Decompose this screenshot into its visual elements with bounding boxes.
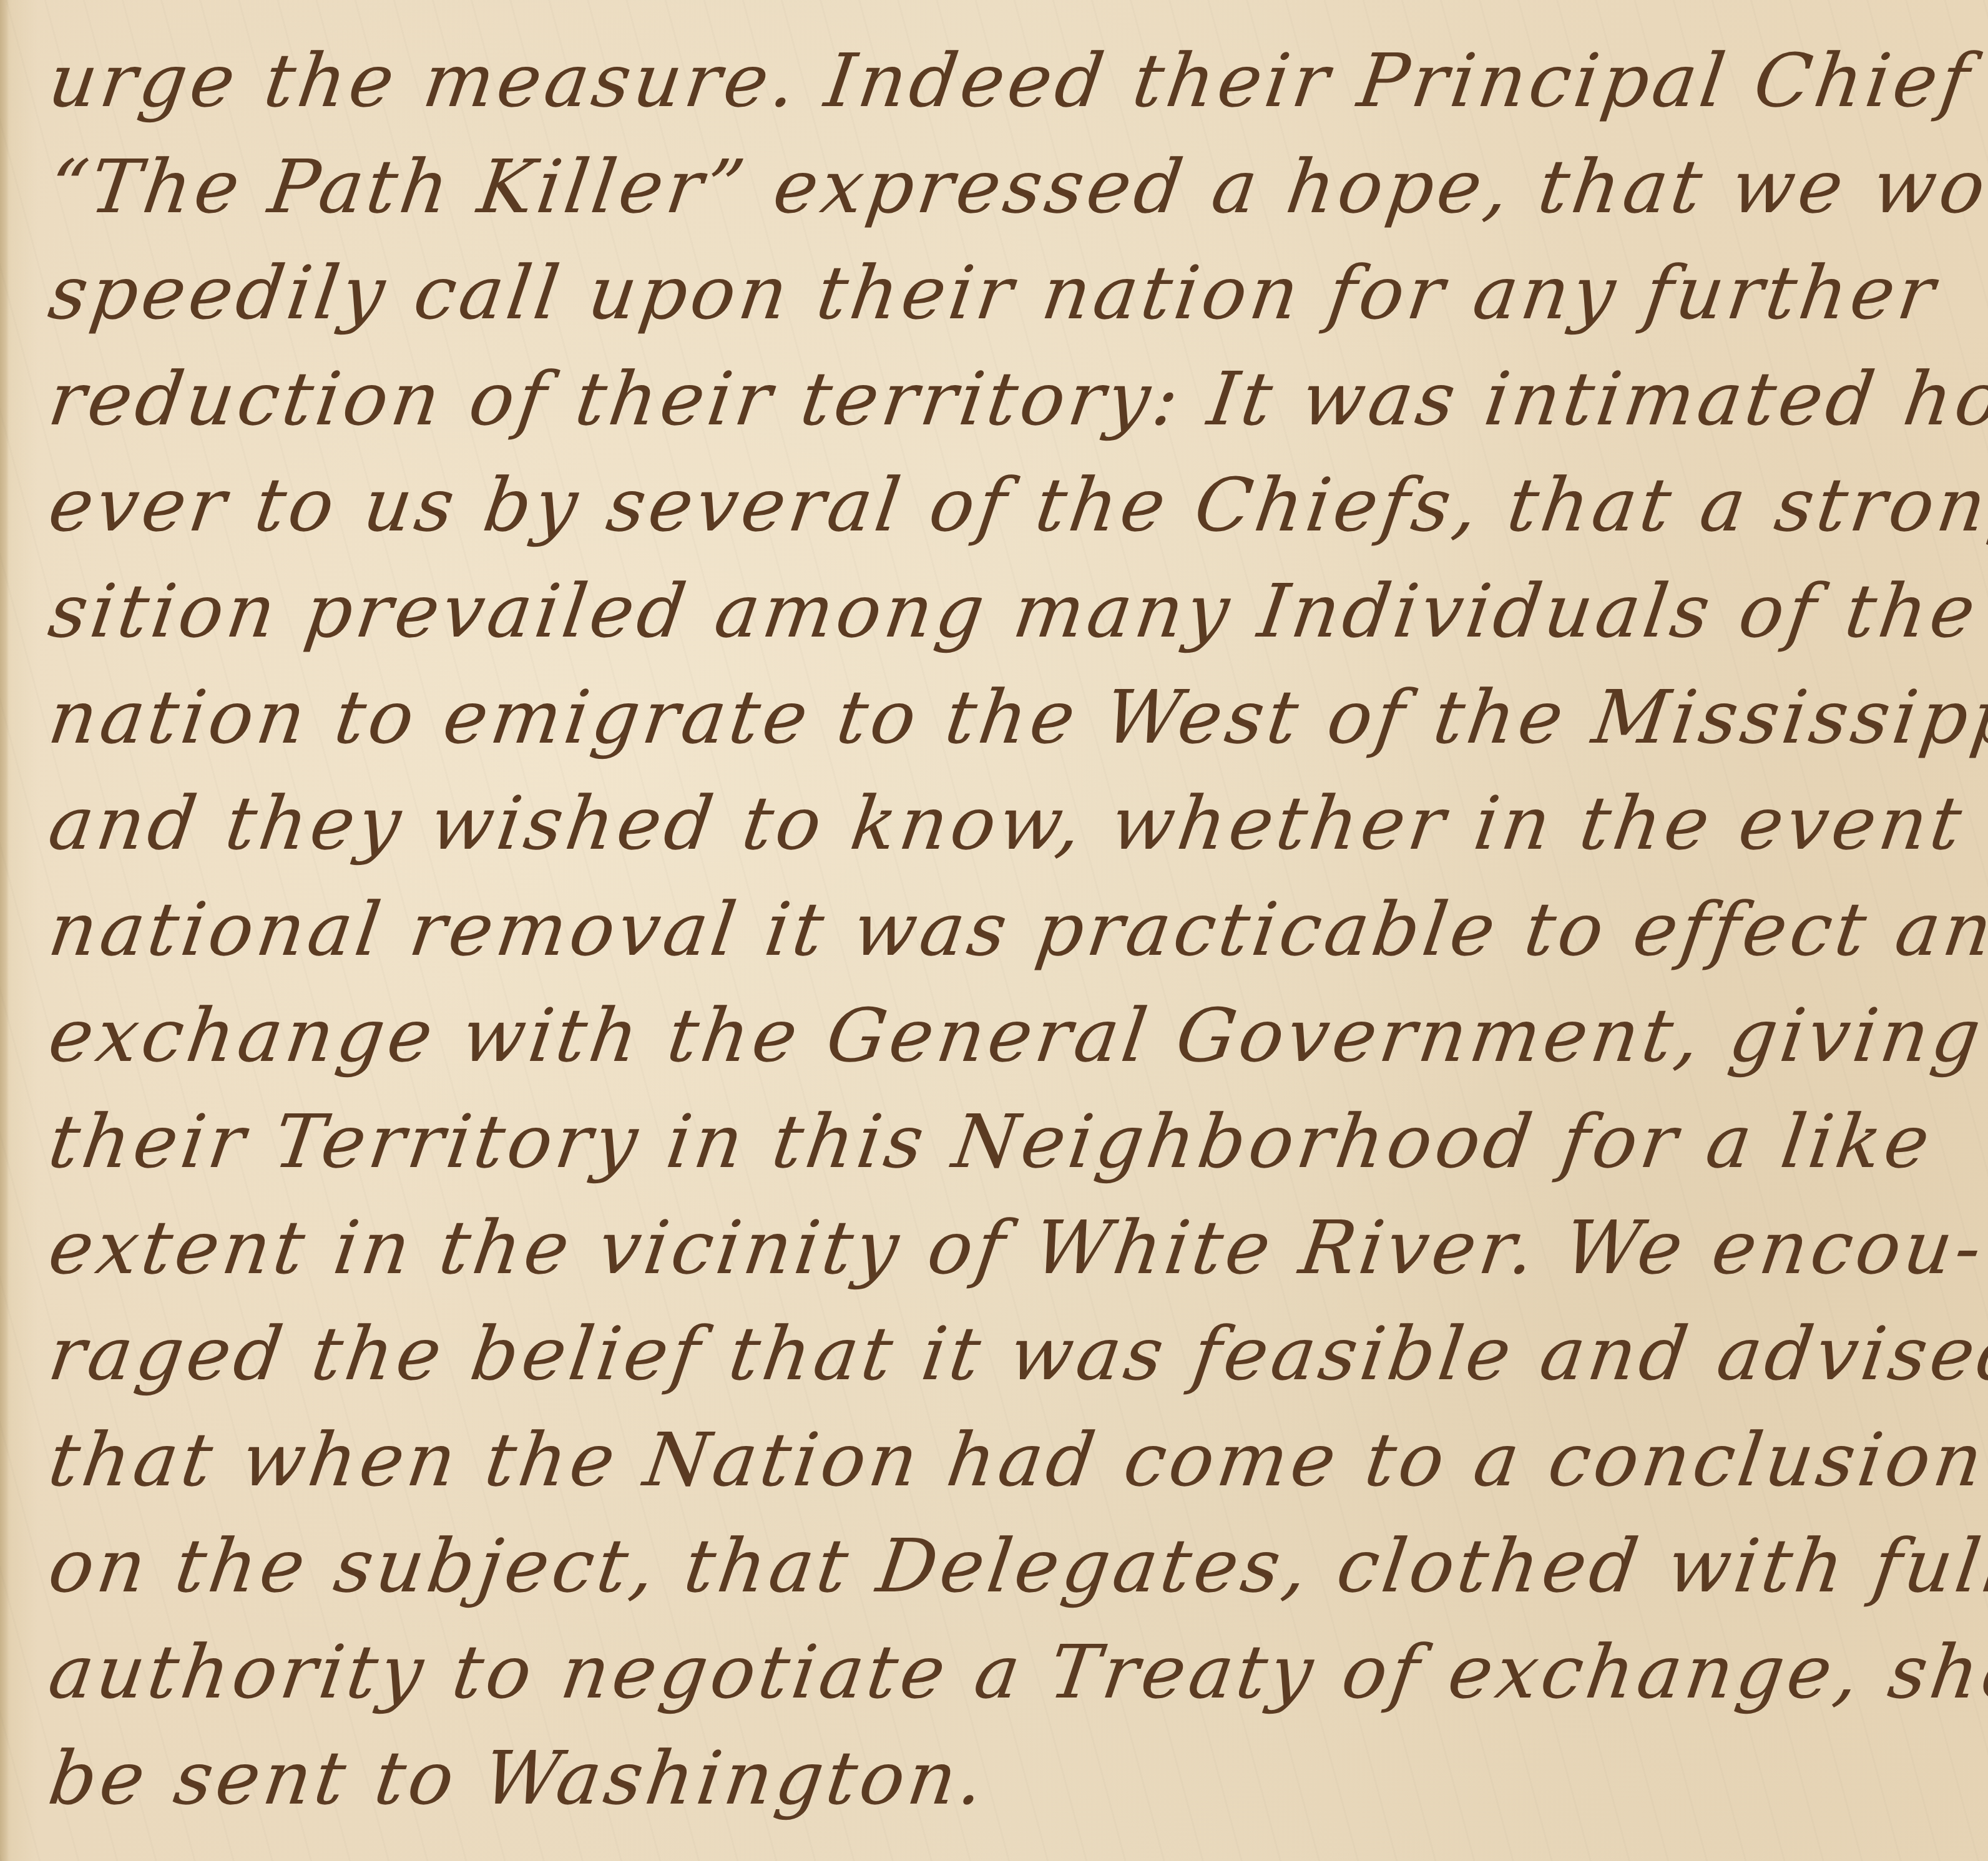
- manuscript-page: urge the measure. Indeed their Principal…: [0, 0, 1988, 1861]
- text-line-15: on the subject, that Delegates, clothed …: [44, 1523, 1988, 1609]
- text-line-1: urge the measure. Indeed their Principal…: [44, 37, 1978, 124]
- text-line-13: raged the belief that it was feasible an…: [44, 1311, 1988, 1397]
- text-line-16: authority to negotiate a Treaty of excha…: [44, 1629, 1988, 1715]
- paper-left-edge: [0, 0, 9, 1861]
- text-line-7: nation to emigrate to the West of the Mi…: [44, 674, 1988, 760]
- text-line-11: their Territory in this Neighborhood for…: [44, 1098, 1939, 1184]
- text-line-10: exchange with the General Government, gi…: [44, 992, 1988, 1078]
- text-line-2: “The Path Killer” expressed a hope, that…: [44, 144, 1988, 230]
- text-line-17: be sent to Washington.: [44, 1735, 993, 1821]
- text-line-12: extent in the vicinity of White River. W…: [44, 1204, 1988, 1291]
- text-line-4: reduction of their territory: It was int…: [44, 356, 1988, 442]
- text-line-5: ever to us by several of the Chiefs, tha…: [44, 462, 1988, 548]
- text-line-6: sition prevailed among many Individuals …: [44, 568, 1984, 654]
- text-line-9: national removal it was practicable to e…: [44, 886, 1988, 972]
- text-line-14: that when the Nation had come to a concl…: [44, 1417, 1988, 1503]
- text-line-8: and they wished to know, whether in the …: [44, 780, 1988, 866]
- text-line-3: speedily call upon their nation for any …: [44, 250, 1944, 336]
